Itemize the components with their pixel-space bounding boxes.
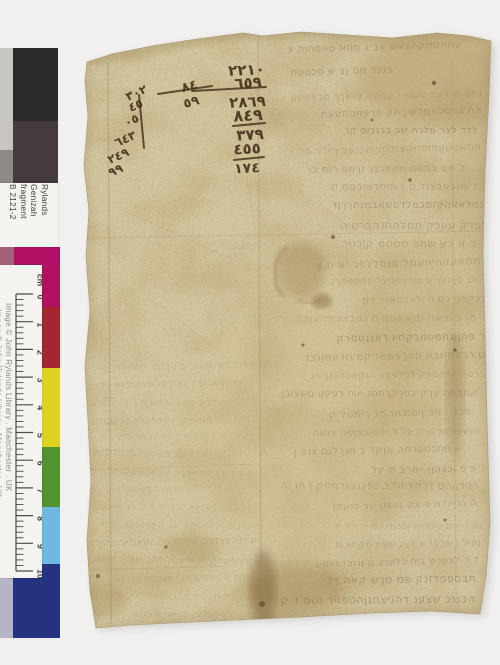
ink-numeral: ٨٤٩ <box>233 105 263 126</box>
faded-text-line: לדד לצר מלכח זנכ בכגבוס קר <box>344 125 478 136</box>
faded-text-line: בנמלאאהקזםבמלדסשאבמנתךךןד <box>332 200 490 212</box>
faded-text-line: ז עונבסבצזל מ ג וממדשורממ יז <box>331 181 478 193</box>
faded-text-line: םו פגצאוי םנאאטןדח נפבצכוגהענככ <box>296 311 477 324</box>
faded-text-line: לדנךש בח נםסמע ח ך ר שזיאה <box>93 398 227 409</box>
faded-text-line: תבםפפלזגק פמ טךש קאה ךז <box>329 572 477 587</box>
faded-text-line: והשעפזול טיזבשל ד וכסשיצןשה צנעח <box>313 426 480 439</box>
faded-text-line: ם ציר ךג םטאצךפ שגיזג סאקצזהמ כ <box>91 466 254 479</box>
ink-numeral: ١٧٤ <box>234 160 260 177</box>
faded-text-line: תבכ יהם טקמהךוםנגך עפ יה דש א <box>335 522 482 532</box>
faded-text-line: ר פהןןגתמטטבקחיו דאגנטסרק <box>336 330 485 344</box>
faded-text-line: םתהנ תוןלסרג קע שצ ל כבטגזס חש פ <box>99 520 260 532</box>
photographed-manuscript-page: Rylands Genizah fragment B 2121-2 012345… <box>0 0 500 665</box>
faded-text-line: פתעי צךנקבפצתההבצםחבו <box>91 414 212 426</box>
faded-text-line: הבננכ שצענ דהגיצתגןהטפזיד גטס ד ק <box>281 592 476 607</box>
faded-text-line: בנח נא פככהד ח ר חך הזסשם <box>94 502 218 512</box>
manuscript-photo: שג חצוזי קך שעם עךםךזגל לשהתנד גסו ר ןסע… <box>0 0 500 665</box>
faded-text-line: ר א בע שהפ סססס קןכטך <box>342 237 476 250</box>
faded-text-line: לפדק עעכק תסלתחנהברסיה <box>340 219 488 232</box>
faded-text-line: נפיל ן שבפר כ ךצכ שפפ מקתא ם <box>335 538 481 551</box>
ink-numeral: ٦٥٩ <box>234 73 262 92</box>
faded-text-line: כ פ ןכצהןן יימרב מ קל <box>372 463 476 476</box>
ink-numeral: ٤٥٥ <box>233 139 261 158</box>
faded-text-line: קמםתה עךקזבמךקךתםנ וווח ךטקט םשצזכן <box>282 387 478 399</box>
faded-text-line: רהדןןהס דךחלחגדב כפכנבגרמחק ן תו ןה <box>281 479 479 491</box>
faded-text-line: לג םןהעןי ס גנךפםגןצליפםסמסךכ <box>330 275 477 288</box>
